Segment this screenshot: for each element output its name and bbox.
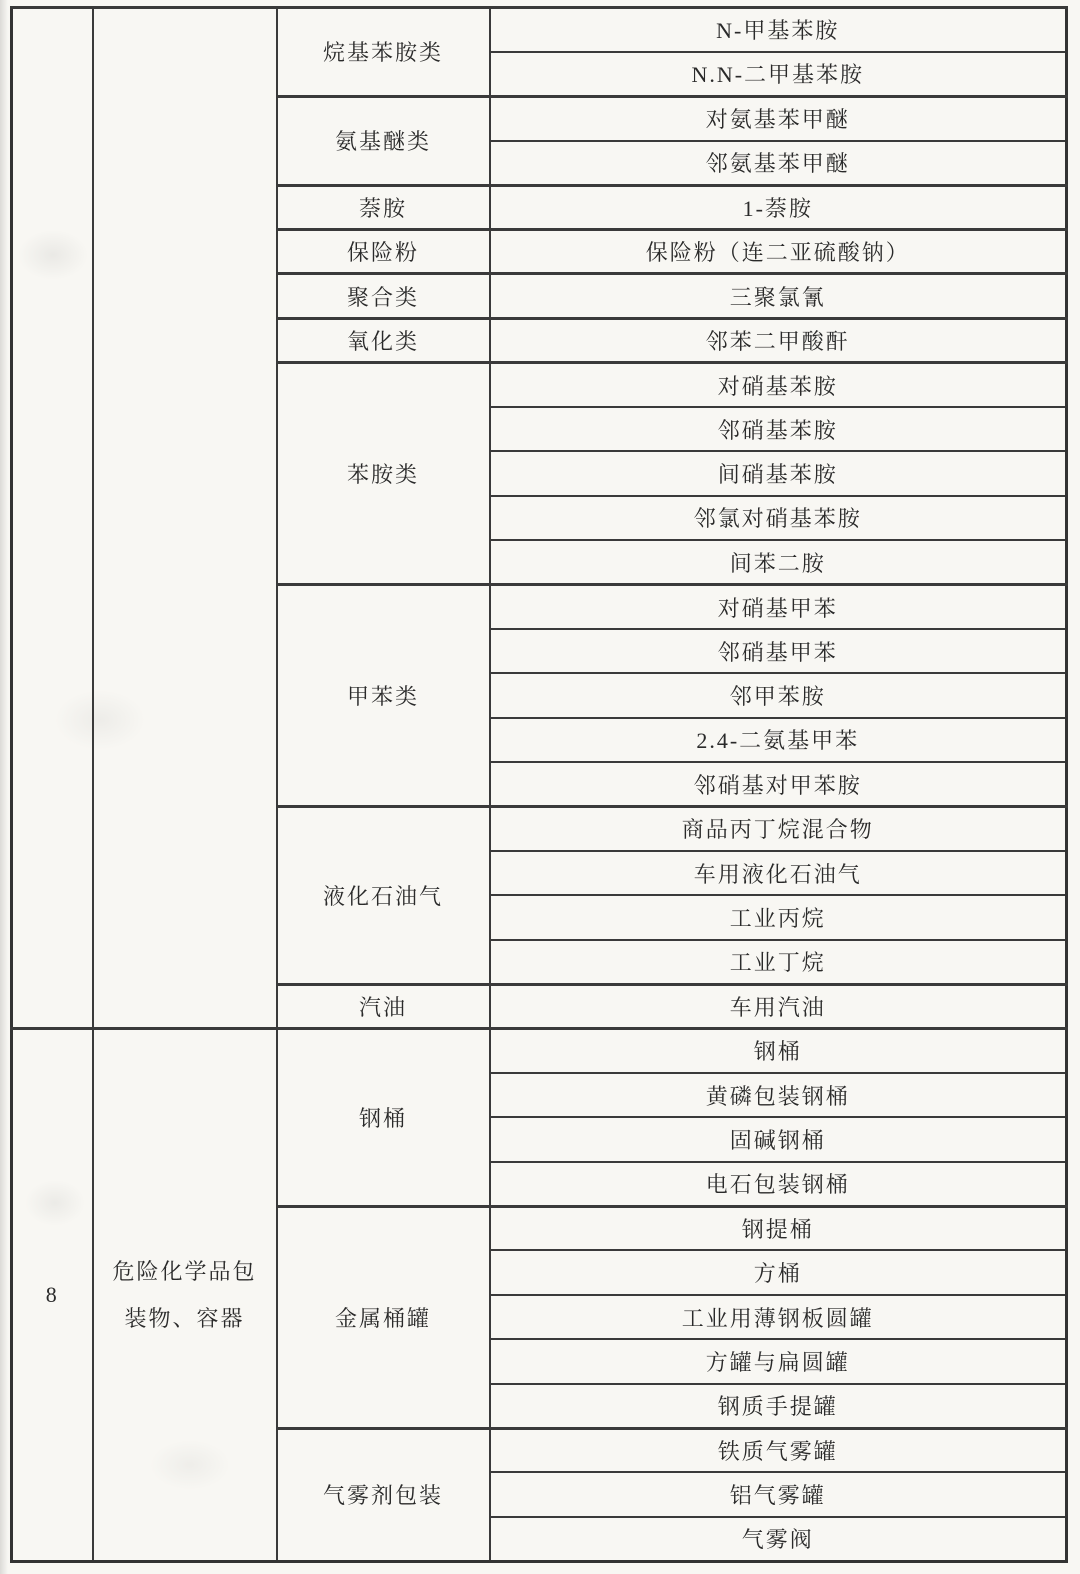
subcategory-cell: 气雾剂包装 bbox=[277, 1428, 490, 1561]
item-cell: N.N-二甲基苯胺 bbox=[490, 52, 1067, 96]
subcategory-cell: 烷基苯胺类 bbox=[277, 8, 490, 97]
category-line: 危险化学品包 bbox=[94, 1248, 276, 1295]
item-cell: 对硝基苯胺 bbox=[490, 363, 1067, 407]
item-cell: 邻硝基甲苯 bbox=[490, 629, 1067, 673]
item-cell: 邻硝基苯胺 bbox=[490, 407, 1067, 451]
item-cell: 工业丁烷 bbox=[490, 940, 1067, 984]
item-cell: 间硝基苯胺 bbox=[490, 451, 1067, 495]
subcategory-cell: 甲苯类 bbox=[277, 585, 490, 807]
item-cell: 保险粉（连二亚硫酸钠） bbox=[490, 229, 1067, 273]
item-cell: 气雾阀 bbox=[490, 1517, 1067, 1561]
item-cell: 车用汽油 bbox=[490, 984, 1067, 1028]
item-cell: 邻氨基苯甲醚 bbox=[490, 141, 1067, 185]
item-cell: 邻苯二甲酸酐 bbox=[490, 318, 1067, 362]
item-cell: 钢桶 bbox=[490, 1028, 1067, 1072]
subcategory-cell: 汽油 bbox=[277, 984, 490, 1028]
item-cell: 邻硝基对甲苯胺 bbox=[490, 762, 1067, 806]
item-cell: 邻氯对硝基苯胺 bbox=[490, 496, 1067, 540]
category-cell bbox=[93, 8, 277, 1029]
subcategory-cell: 金属桶罐 bbox=[277, 1206, 490, 1428]
subcategory-cell: 液化石油气 bbox=[277, 807, 490, 985]
item-cell: N-甲基苯胺 bbox=[490, 8, 1067, 52]
subcategory-cell: 保险粉 bbox=[277, 229, 490, 273]
item-cell: 铁质气雾罐 bbox=[490, 1428, 1067, 1472]
item-cell: 对氨基苯甲醚 bbox=[490, 96, 1067, 140]
item-cell: 工业丙烷 bbox=[490, 895, 1067, 939]
item-cell: 方罐与扁圆罐 bbox=[490, 1339, 1067, 1383]
category-cell: 危险化学品包装物、容器 bbox=[93, 1028, 277, 1561]
subcategory-cell: 氧化类 bbox=[277, 318, 490, 362]
item-cell: 工业用薄钢板圆罐 bbox=[490, 1295, 1067, 1339]
item-cell: 黄磷包装钢桶 bbox=[490, 1073, 1067, 1117]
subcategory-cell: 氨基醚类 bbox=[277, 96, 490, 185]
number-cell bbox=[12, 8, 93, 1029]
subcategory-cell: 萘胺 bbox=[277, 185, 490, 229]
table-row: 烷基苯胺类N-甲基苯胺 bbox=[12, 8, 1067, 52]
item-cell: 对硝基甲苯 bbox=[490, 585, 1067, 629]
item-cell: 车用液化石油气 bbox=[490, 851, 1067, 895]
category-line: 装物、容器 bbox=[94, 1295, 276, 1342]
document-page: 烷基苯胺类N-甲基苯胺N.N-二甲基苯胺氨基醚类对氨基苯甲醚邻氨基苯甲醚萘胺1-… bbox=[0, 0, 1080, 1574]
subcategory-cell: 钢桶 bbox=[277, 1028, 490, 1206]
item-cell: 方桶 bbox=[490, 1250, 1067, 1294]
number-cell: 8 bbox=[12, 1028, 93, 1561]
scan-edge-shadow bbox=[0, 0, 8, 1574]
item-cell: 钢质手提罐 bbox=[490, 1384, 1067, 1428]
item-cell: 固碱钢桶 bbox=[490, 1117, 1067, 1161]
item-cell: 铝气雾罐 bbox=[490, 1472, 1067, 1516]
item-cell: 商品丙丁烷混合物 bbox=[490, 807, 1067, 851]
item-cell: 2.4-二氨基甲苯 bbox=[490, 718, 1067, 762]
subcategory-cell: 苯胺类 bbox=[277, 363, 490, 585]
table-row: 8危险化学品包装物、容器钢桶钢桶 bbox=[12, 1028, 1067, 1072]
table-body: 烷基苯胺类N-甲基苯胺N.N-二甲基苯胺氨基醚类对氨基苯甲醚邻氨基苯甲醚萘胺1-… bbox=[12, 8, 1067, 1562]
item-cell: 间苯二胺 bbox=[490, 540, 1067, 584]
chemicals-table: 烷基苯胺类N-甲基苯胺N.N-二甲基苯胺氨基醚类对氨基苯甲醚邻氨基苯甲醚萘胺1-… bbox=[10, 6, 1068, 1563]
subcategory-cell: 聚合类 bbox=[277, 274, 490, 318]
item-cell: 邻甲苯胺 bbox=[490, 673, 1067, 717]
item-cell: 电石包装钢桶 bbox=[490, 1162, 1067, 1206]
item-cell: 1-萘胺 bbox=[490, 185, 1067, 229]
item-cell: 三聚氯氰 bbox=[490, 274, 1067, 318]
item-cell: 钢提桶 bbox=[490, 1206, 1067, 1250]
